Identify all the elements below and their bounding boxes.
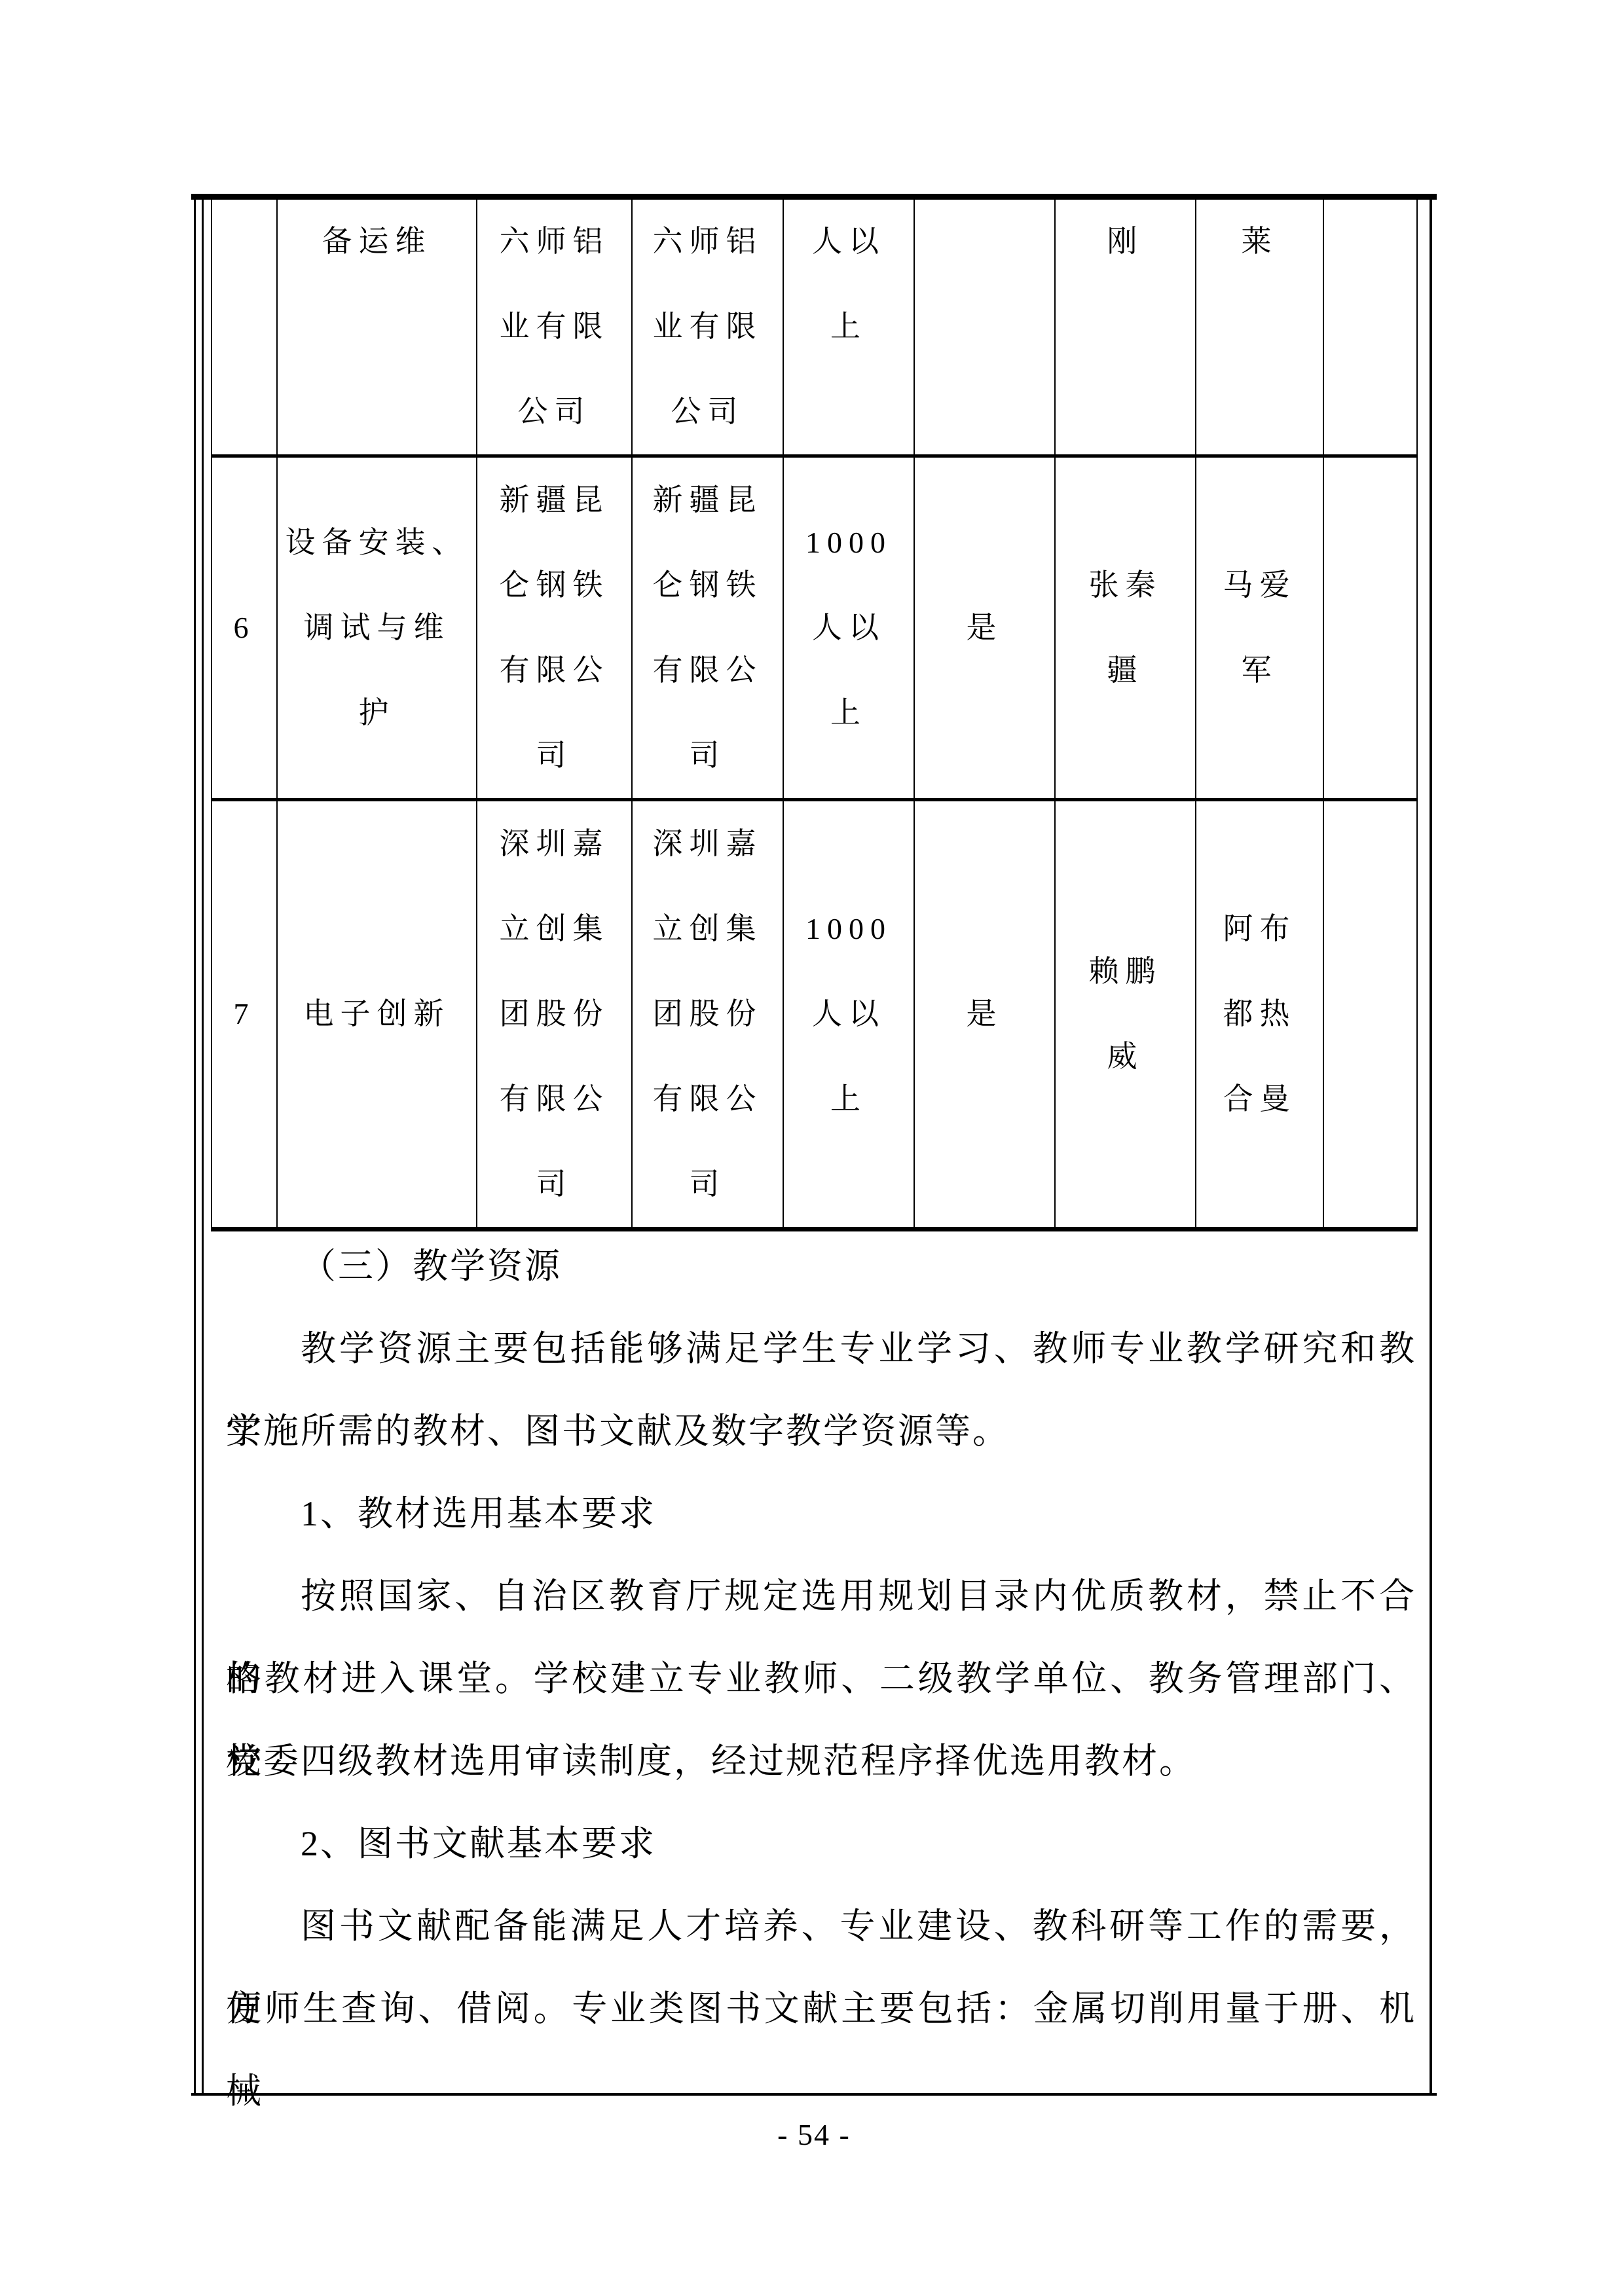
cell-extra [1323,196,1417,456]
cell-project-name: 备运维 [277,196,477,456]
cell-scale: 1000 人以 上 [783,800,914,1230]
cell-extra [1323,800,1417,1230]
cell-contact-1: 刚 [1055,196,1196,456]
paragraph-line: 教学资源主要包括能够满足学生专业学习、教师专业教学研究和教学 [226,1307,1416,1390]
cell-company-1: 六师铝 业有限 公司 [477,196,632,456]
cell-company-1: 深圳嘉 立创集 团股份 有限公 司 [477,800,632,1230]
cell-contact-2: 阿布 都热 合曼 [1196,800,1323,1230]
cell-row-number: 7 [212,800,277,1230]
cell-company-1: 新疆昆 仑钢铁 有限公 司 [477,456,632,800]
cell-company-2: 深圳嘉 立创集 团股份 有限公 司 [632,800,783,1230]
table-row: 7 电子创新 深圳嘉 立创集 团股份 有限公 司 深圳嘉 立创集 团股份 有限公… [212,800,1417,1230]
cell-contact-2: 马爱 军 [1196,456,1323,800]
document-page: 备运维 六师铝 业有限 公司 六师铝 业有限 公司 人以 上 刚 莱 6 设备安… [0,0,1624,2296]
cell-contact-1: 张秦 疆 [1055,456,1196,800]
cooperation-enterprise-table: 备运维 六师铝 业有限 公司 六师铝 业有限 公司 人以 上 刚 莱 6 设备安… [211,196,1418,1231]
cell-company-2: 新疆昆 仑钢铁 有限公 司 [632,456,783,800]
cell-project-name: 电子创新 [277,800,477,1230]
page-frame-right-border [1430,194,1432,2096]
cell-project-name: 设备安装、 调试与维 护 [277,456,477,800]
list-heading-library-requirements: 2、图书文献基本要求 [226,1802,1416,1885]
paragraph-line: 的教材进入课堂。学校建立专业教师、二级教学单位、教务管理部门、校 [226,1637,1416,1720]
table-row: 备运维 六师铝 业有限 公司 六师铝 业有限 公司 人以 上 刚 莱 [212,196,1417,456]
cell-contact-1: 赖鹏 威 [1055,800,1196,1230]
cell-contact-2: 莱 [1196,196,1323,456]
cell-scale: 人以 上 [783,196,914,456]
cell-flag: 是 [914,456,1055,800]
section-heading-teaching-resources: （三）教学资源 [226,1225,1416,1307]
paragraph-line: 党委四级教材选用审读制度，经过规范程序择优选用教材。 [226,1720,1416,1802]
paragraph-line: 便师生查询、借阅。专业类图书文献主要包括：金属切削用量于册、机械 [226,1967,1416,2050]
cell-row-number [212,196,277,456]
cell-row-number: 6 [212,456,277,800]
page-frame-bottom-border [191,2093,1437,2096]
list-heading-textbook-requirements: 1、教材选用基本要求 [226,1472,1416,1555]
cell-flag [914,196,1055,456]
body-text: （三）教学资源 教学资源主要包括能够满足学生专业学习、教师专业教学研究和教学 实… [226,1225,1416,2050]
paragraph-line: 图书文献配备能满足人才培养、专业建设、教科研等工作的需要，方 [226,1885,1416,1967]
paragraph-line: 按照国家、自治区教育厅规定选用规划目录内优质教材，禁止不合格 [226,1555,1416,1637]
table-row: 6 设备安装、 调试与维 护 新疆昆 仑钢铁 有限公 司 新疆昆 仑钢铁 有限公… [212,456,1417,800]
paragraph-line: 实施所需的教材、图书文献及数字教学资源等。 [226,1390,1416,1472]
cell-scale: 1000 人以 上 [783,456,914,800]
cell-extra [1323,456,1417,800]
page-frame-left-border-inner [202,194,204,2096]
page-frame-left-border-outer [194,194,196,2096]
cell-company-2: 六师铝 业有限 公司 [632,196,783,456]
page-number: - 54 - [191,2113,1437,2157]
cell-flag: 是 [914,800,1055,1230]
